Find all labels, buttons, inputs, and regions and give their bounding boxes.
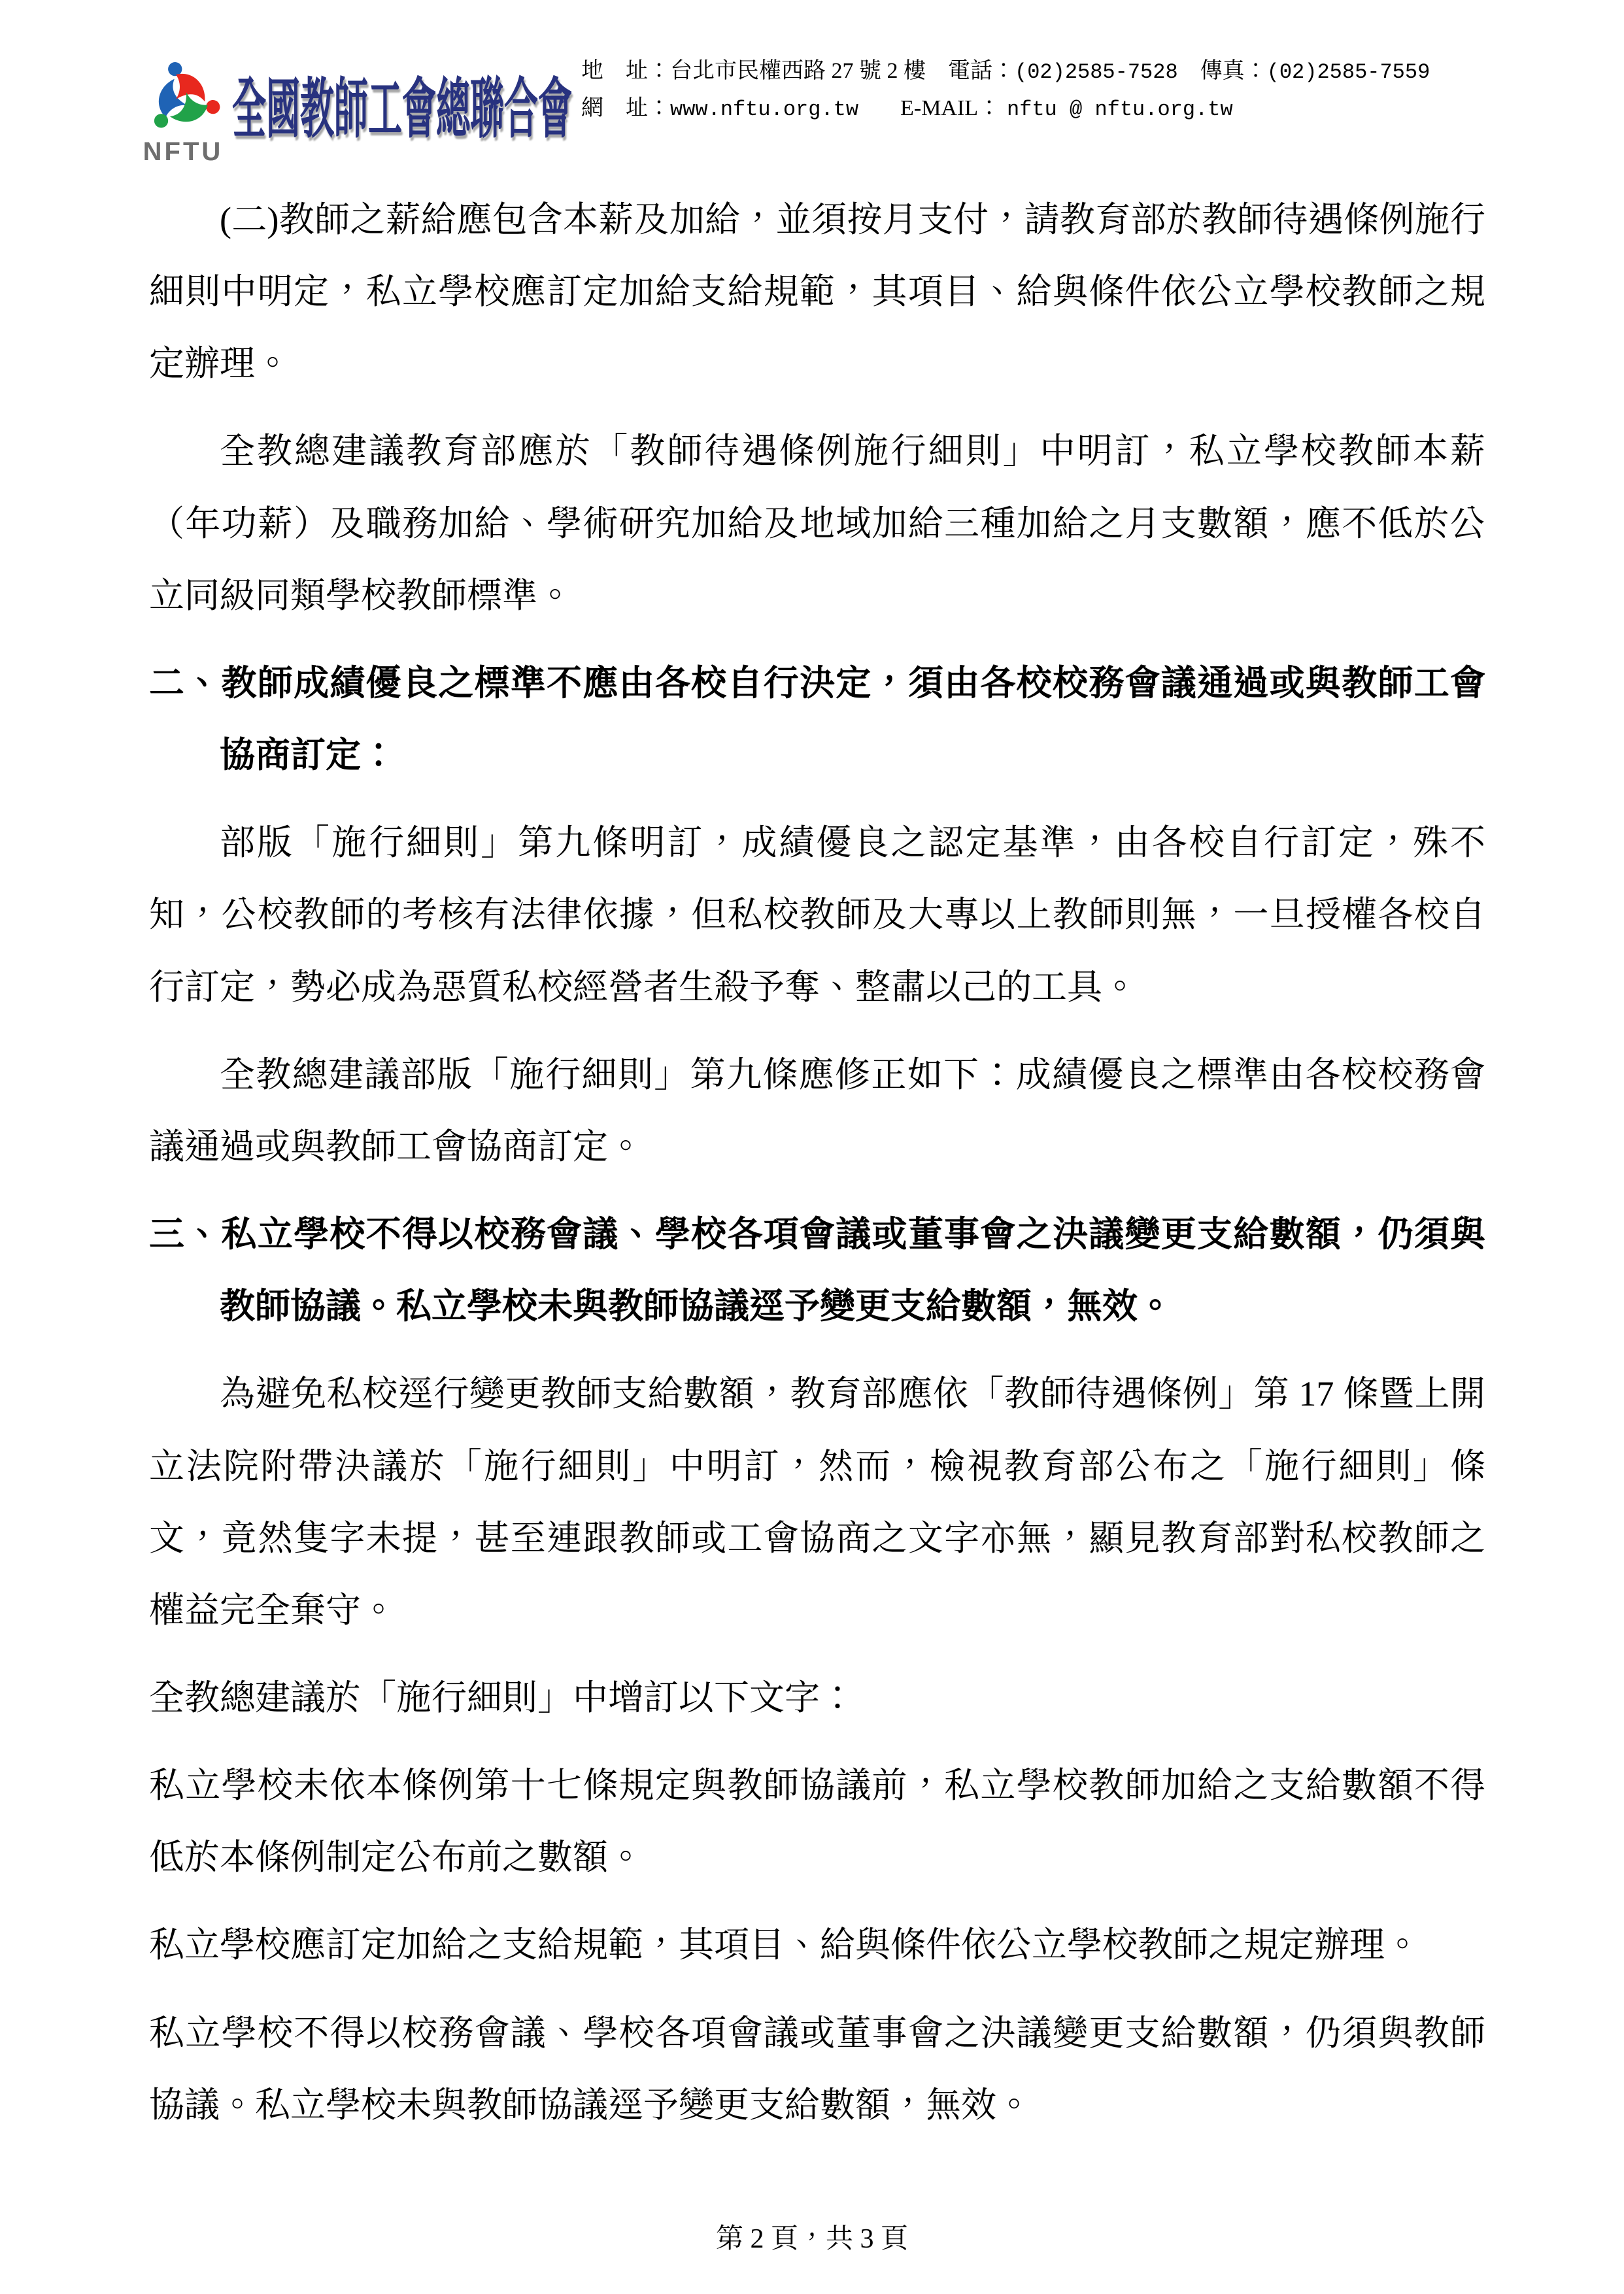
paragraph-nftu-salary-proposal: 全教總建議教育部應於「教師待遇條例施行細則」中明訂，私立學校教師本薪（年功薪）及… (149, 415, 1485, 631)
paragraph-salary-rule: (二)教師之薪給應包含本薪及加給，並須按月支付，請教育部於教師待遇條例施行細則中… (149, 184, 1485, 399)
fax-label: 傳真： (1200, 60, 1267, 82)
contact-web-row: 網 址： www.nftu.org.tw E-MAIL： nftu @ nftu… (581, 97, 1430, 120)
paragraph-amendment-text-1: 私立學校未依本條例第十七條規定與教師協議前，私立學校教師加給之支給數額不得低於本… (149, 1749, 1485, 1893)
web-value: www.nftu.org.tw (670, 99, 858, 120)
section-heading-3: 三、私立學校不得以校務會議、學校各項會議或董事會之決議變更支給數額，仍須與教師協… (149, 1198, 1485, 1342)
email-value: nftu @ nftu.org.tw (1007, 99, 1233, 120)
document-body: (二)教師之薪給應包含本薪及加給，並須按月支付，請教育部於教師待遇條例施行細則中… (0, 167, 1624, 2141)
email-label: E-MAIL： (900, 97, 1000, 120)
paragraph-amendment-intro: 全教總建議於「施行細則」中增訂以下文字： (149, 1662, 1485, 1734)
paragraph-amendment-text-2: 私立學校應訂定加給之支給規範，其項目、給與條件依公立學校教師之規定辦理。 (149, 1909, 1485, 1981)
page-header: NFTU 全國教師工會總聯合會 地 址： 台北市民權西路 27 號 2 樓 電話… (0, 0, 1624, 167)
web-label: 網 址： (581, 97, 670, 120)
paragraph-article9-critique: 部版「施行細則」第九條明訂，成績優良之認定基準，由各校自行訂定，殊不知，公校教師… (149, 807, 1485, 1022)
org-title: 全國教師工會總聯合會 (232, 56, 572, 150)
contact-block: 地 址： 台北市民權西路 27 號 2 樓 電話： (02)2585-7528 … (581, 60, 1430, 135)
fax-value: (02)2585-7559 (1267, 62, 1430, 83)
paragraph-article17-critique: 為避免私校逕行變更教師支給數額，教育部應依「教師待遇條例」第 17 條暨上開立法… (149, 1358, 1485, 1646)
nftu-logo: NFTU (134, 51, 232, 167)
address-label: 地 址： (581, 60, 670, 82)
page-footer: 第 2 頁，共 3 頁 (0, 2217, 1624, 2256)
phone-value: (02)2585-7528 (1015, 62, 1178, 83)
paragraph-article9-proposal: 全教總建議部版「施行細則」第九條應修正如下：成績優良之標準由各校校務會議通過或與… (149, 1039, 1485, 1183)
contact-address-row: 地 址： 台北市民權西路 27 號 2 樓 電話： (02)2585-7528 … (581, 60, 1430, 83)
page-number: 第 2 頁，共 3 頁 (716, 2224, 908, 2254)
paragraph-amendment-text-3: 私立學校不得以校務會議、學校各項會議或董事會之決議變更支給數額，仍須與教師協議。… (149, 1997, 1485, 2141)
address-value: 台北市民權西路 27 號 2 樓 (670, 60, 926, 82)
document-page: NFTU 全國教師工會總聯合會 地 址： 台北市民權西路 27 號 2 樓 電話… (0, 0, 1624, 2294)
section-heading-2: 二、教師成績優良之標準不應由各校自行決定，須由各校校務會議通過或與教師工會協商訂… (149, 647, 1485, 791)
phone-label: 電話： (948, 60, 1015, 82)
org-title-wrap: 全國教師工會總聯合會 (232, 56, 572, 154)
nftu-acronym: NFTU (134, 137, 232, 167)
nftu-swirl-logo-icon (137, 51, 229, 144)
